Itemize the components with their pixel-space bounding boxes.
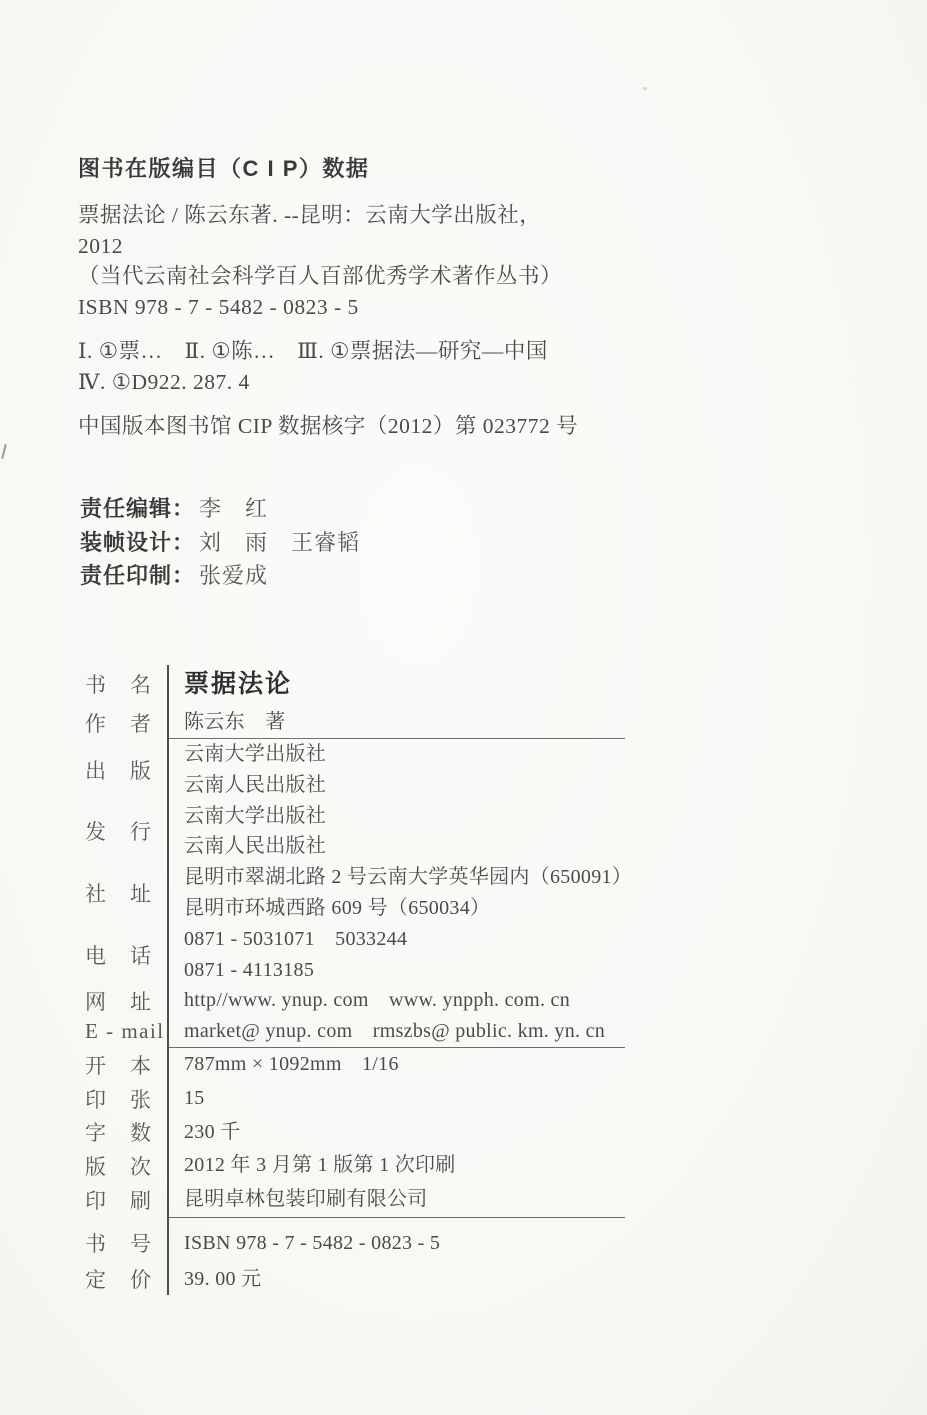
colophon-row-word-count: 字 数 230 千: [80, 1116, 642, 1150]
colophon-row-address: 社 址 昆明市翠湖北路 2 号云南大学英华园内（650091） 昆明市环城西路 …: [80, 862, 642, 924]
cip-record-line: （当代云南社会科学百人百部优秀学术著作丛书）: [78, 261, 638, 292]
cip-record-line: 票据法论 / 陈云东著. --昆明：云南大学出版社，: [78, 200, 638, 231]
scan-artifact: [1, 444, 7, 459]
staff-label: 责任编辑：: [80, 492, 195, 526]
colophon-row-price: 定 价 39. 00 元: [80, 1261, 642, 1297]
colophon-label: 发 行: [80, 801, 167, 863]
staff-block: 责任编辑： 李 红 装帧设计： 刘 雨 王睿韬 责任印制： 张爱成: [80, 492, 360, 593]
colophon-label: 社 址: [80, 862, 167, 924]
colophon-row-website: 网 址 http//www. ynup. com www. ynpph. com…: [80, 985, 642, 1016]
cip-registry-line: 中国版本图书馆 CIP 数据核字（2012）第 023772 号: [78, 411, 638, 442]
publisher-address: 昆明市环城西路 609 号（650034）: [184, 893, 642, 924]
colophon-label: 书 名: [80, 661, 167, 707]
colophon-label: 作 者: [80, 707, 167, 738]
staff-value: 李 红: [199, 492, 268, 526]
colophon-row-email: E - mail market@ ynup. com rmszbs@ publi…: [80, 1016, 642, 1047]
cip-record-line: ISBN 978 - 7 - 5482 - 0823 - 5: [78, 292, 638, 323]
phone-number: 0871 - 4113185: [184, 955, 642, 986]
book-title: 票据法论: [184, 661, 642, 707]
staff-value: 张爱成: [199, 559, 268, 593]
colophon-label: 字 数: [80, 1116, 167, 1150]
staff-value: 刘 雨 王睿韬: [199, 526, 360, 560]
cip-classification-line: Ⅳ. ①D922. 287. 4: [78, 367, 638, 398]
colophon-label: 开 本: [80, 1048, 167, 1082]
colophon-row-phone: 电 话 0871 - 5031071 5033244 0871 - 411318…: [80, 924, 642, 986]
colophon-row-printer: 印 刷 昆明卓林包装印刷有限公司: [80, 1183, 642, 1217]
colophon-label: 网 址: [80, 985, 167, 1016]
edition-info: 2012 年 3 月第 1 版第 1 次印刷: [184, 1149, 642, 1183]
website-url: http//www. ynup. com www. ynpph. com. cn: [184, 985, 642, 1016]
word-count: 230 千: [184, 1116, 642, 1150]
cip-block: 图书在版编目（C I P）数据 票据法论 / 陈云东著. --昆明：云南大学出版…: [78, 152, 638, 442]
cip-heading: 图书在版编目（C I P）数据: [78, 152, 638, 183]
staff-label: 责任印制：: [80, 559, 195, 593]
book-format: 787mm × 1092mm 1/16: [184, 1048, 642, 1082]
book-copyright-page: 图书在版编目（C I P）数据 票据法论 / 陈云东著. --昆明：云南大学出版…: [0, 0, 927, 1415]
colophon-row-format: 开 本 787mm × 1092mm 1/16: [80, 1048, 642, 1082]
price: 39. 00 元: [184, 1261, 642, 1297]
cip-record-line: 2012: [78, 231, 638, 262]
colophon-row-publisher: 出 版 云南大学出版社 云南人民出版社: [80, 739, 642, 801]
colophon-table: 书 名 票据法论 作 者 陈云东 著 出 版 云南大学出版社 云南人民出版社 发…: [80, 661, 642, 1297]
colophon-row-distributor: 发 行 云南大学出版社 云南人民出版社: [80, 801, 642, 863]
staff-row-designer: 装帧设计： 刘 雨 王睿韬: [80, 526, 360, 560]
colophon-label: 版 次: [80, 1149, 167, 1183]
colophon-label: 书 号: [80, 1225, 167, 1261]
email-address: market@ ynup. com rmszbs@ public. km. yn…: [184, 1016, 642, 1047]
staff-row-printing-supervisor: 责任印制： 张爱成: [80, 559, 360, 593]
scan-speck: [643, 87, 647, 90]
colophon-label: 印 刷: [80, 1183, 167, 1217]
staff-row-editor: 责任编辑： 李 红: [80, 492, 360, 526]
isbn-number: ISBN 978 - 7 - 5482 - 0823 - 5: [184, 1225, 642, 1261]
publisher-address: 昆明市翠湖北路 2 号云南大学英华园内（650091）: [184, 862, 642, 893]
author-name: 陈云东 著: [184, 707, 642, 738]
colophon-label: E - mail: [80, 1016, 167, 1047]
colophon-row-isbn: 书 号 ISBN 978 - 7 - 5482 - 0823 - 5: [80, 1225, 642, 1261]
colophon-row-printed-sheets: 印 张 15: [80, 1082, 642, 1116]
colophon-label: 出 版: [80, 739, 167, 801]
distributor-name: 云南人民出版社: [184, 831, 642, 862]
colophon-label: 印 张: [80, 1082, 167, 1116]
publisher-name: 云南大学出版社: [184, 739, 642, 770]
colophon-label: 电 话: [80, 924, 167, 986]
staff-label: 装帧设计：: [80, 526, 195, 560]
printer-name: 昆明卓林包装印刷有限公司: [184, 1183, 642, 1217]
phone-number: 0871 - 5031071 5033244: [184, 924, 642, 955]
publisher-name: 云南人民出版社: [184, 770, 642, 801]
colophon-label: 定 价: [80, 1261, 167, 1297]
printed-sheets: 15: [184, 1082, 642, 1116]
distributor-name: 云南大学出版社: [184, 801, 642, 832]
colophon-row-book-title: 书 名 票据法论: [80, 661, 642, 707]
colophon-row-author: 作 者 陈云东 著: [80, 707, 642, 738]
cip-classification-line: Ⅰ. ①票… Ⅱ. ①陈… Ⅲ. ①票据法—研究—中国: [78, 336, 638, 367]
vertical-rule: [167, 665, 169, 1295]
colophon-row-edition: 版 次 2012 年 3 月第 1 版第 1 次印刷: [80, 1149, 642, 1183]
